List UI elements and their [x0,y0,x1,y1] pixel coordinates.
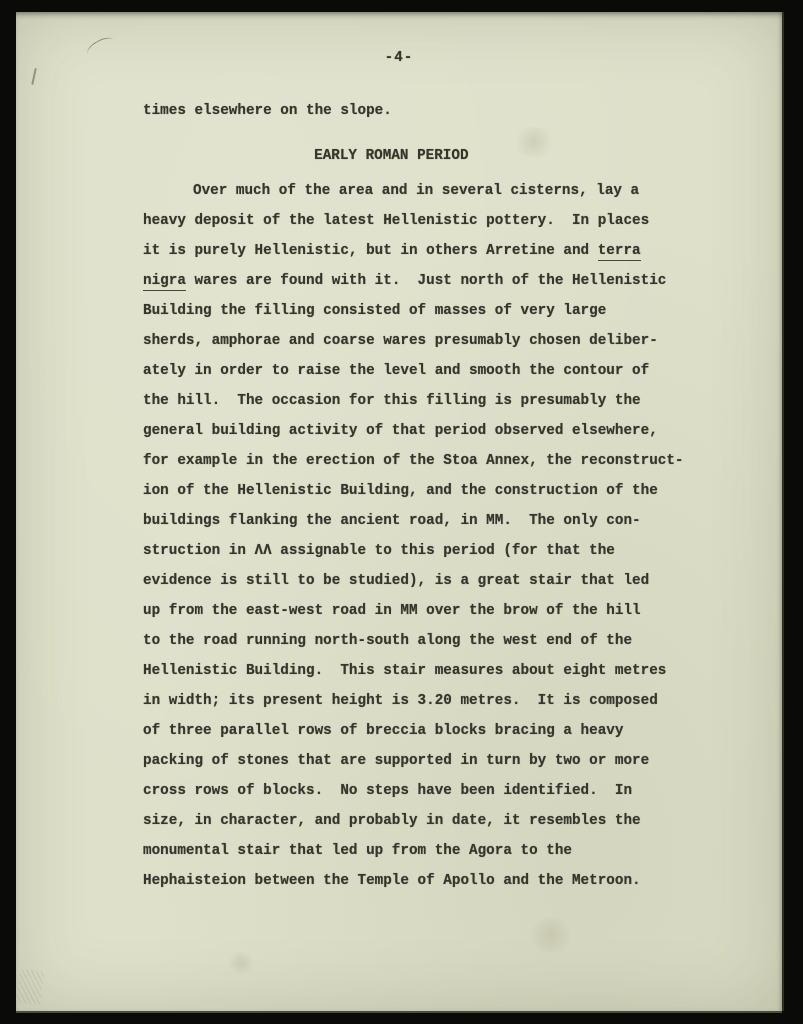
text-line: of three parallel rows of breccia blocks… [143,723,723,753]
text-line: it is purely Hellenistic, but in others … [143,243,723,273]
text-line: evidence is still to be studied), is a g… [143,573,723,603]
text-segment: struction in ΛΛ assignable to this perio… [143,543,615,559]
text-line: struction in ΛΛ assignable to this perio… [143,543,723,573]
text-segment: ion of the Hellenistic Building, and the… [143,483,658,499]
text-segment: monumental stair that led up from the Ag… [143,843,572,859]
text-segment: sherds, amphorae and coarse wares presum… [143,333,658,349]
text-line: heavy deposit of the latest Hellenistic … [143,213,723,243]
text-line: packing of stones that are supported in … [143,753,723,783]
text-line: Hellenistic Building. This stair measure… [143,663,723,693]
text-segment: wares are found with it. Just north of t… [186,273,666,289]
text-line: cross rows of blocks. No steps have been… [143,783,723,813]
text-line: nigra wares are found with it. Just nort… [143,273,723,303]
text-segment: buildings flanking the ancient road, in … [143,513,641,529]
text-segment: packing of stones that are supported in … [143,753,649,769]
text-line: the hill. The occasion for this filling … [143,393,723,423]
text-line: general building activity of that period… [143,423,723,453]
underlined-text: nigra [143,273,186,291]
text-line: up from the east-west road in MM over th… [143,603,723,633]
pencil-mark [31,68,36,85]
text-line: Hephaisteion between the Temple of Apoll… [143,873,723,903]
stain-mark [226,952,256,974]
text-segment: to the road running north-south along th… [143,633,632,649]
scan-background: -4- times elsewhere on the slope. EARLY … [0,0,803,1024]
text-segment: Over much of the area and in several cis… [193,183,639,199]
text-line: Building the filling consisted of masses… [143,303,723,333]
text-segment: up from the east-west road in MM over th… [143,603,641,619]
text-line: sherds, amphorae and coarse wares presum… [143,333,723,363]
text-line: ately in order to raise the level and sm… [143,363,723,393]
text-line: in width; its present height is 3.20 met… [143,693,723,723]
body-lines: Over much of the area and in several cis… [143,183,723,903]
text-segment: general building activity of that period… [143,423,658,439]
text-line: buildings flanking the ancient road, in … [143,513,723,543]
text-segment: evidence is still to be studied), is a g… [143,573,649,589]
document-page: -4- times elsewhere on the slope. EARLY … [16,12,782,1011]
text-segment: cross rows of blocks. No steps have been… [143,783,632,799]
text-segment: Hellenistic Building. This stair measure… [143,663,666,679]
text-segment: in width; its present height is 3.20 met… [143,693,658,709]
text-segment: the hill. The occasion for this filling … [143,393,641,409]
text-segment: heavy deposit of the latest Hellenistic … [143,213,649,229]
text-line: for example in the erection of the Stoa … [143,453,723,483]
text-segment: Hephaisteion between the Temple of Apoll… [143,873,641,889]
text-segment: Building the filling consisted of masses… [143,303,606,319]
opening-line: times elsewhere on the slope. [143,103,392,119]
section-heading: EARLY ROMAN PERIOD [16,148,767,164]
text-line: Over much of the area and in several cis… [143,183,723,213]
text-segment: size, in character, and probably in date… [143,813,641,829]
text-line: ion of the Hellenistic Building, and the… [143,483,723,513]
text-line: monumental stair that led up from the Ag… [143,843,723,873]
stain-mark [526,917,576,953]
underlined-text: terra [598,243,641,261]
text-line: size, in character, and probably in date… [143,813,723,843]
text-segment: ately in order to raise the level and sm… [143,363,649,379]
text-segment: it is purely Hellenistic, but in others … [143,243,598,259]
text-line: to the road running north-south along th… [143,633,723,663]
page-number: -4- [16,50,782,66]
text-segment: of three parallel rows of breccia blocks… [143,723,623,739]
text-segment: for example in the erection of the Stoa … [143,453,684,469]
smudge-mark [16,968,44,1005]
